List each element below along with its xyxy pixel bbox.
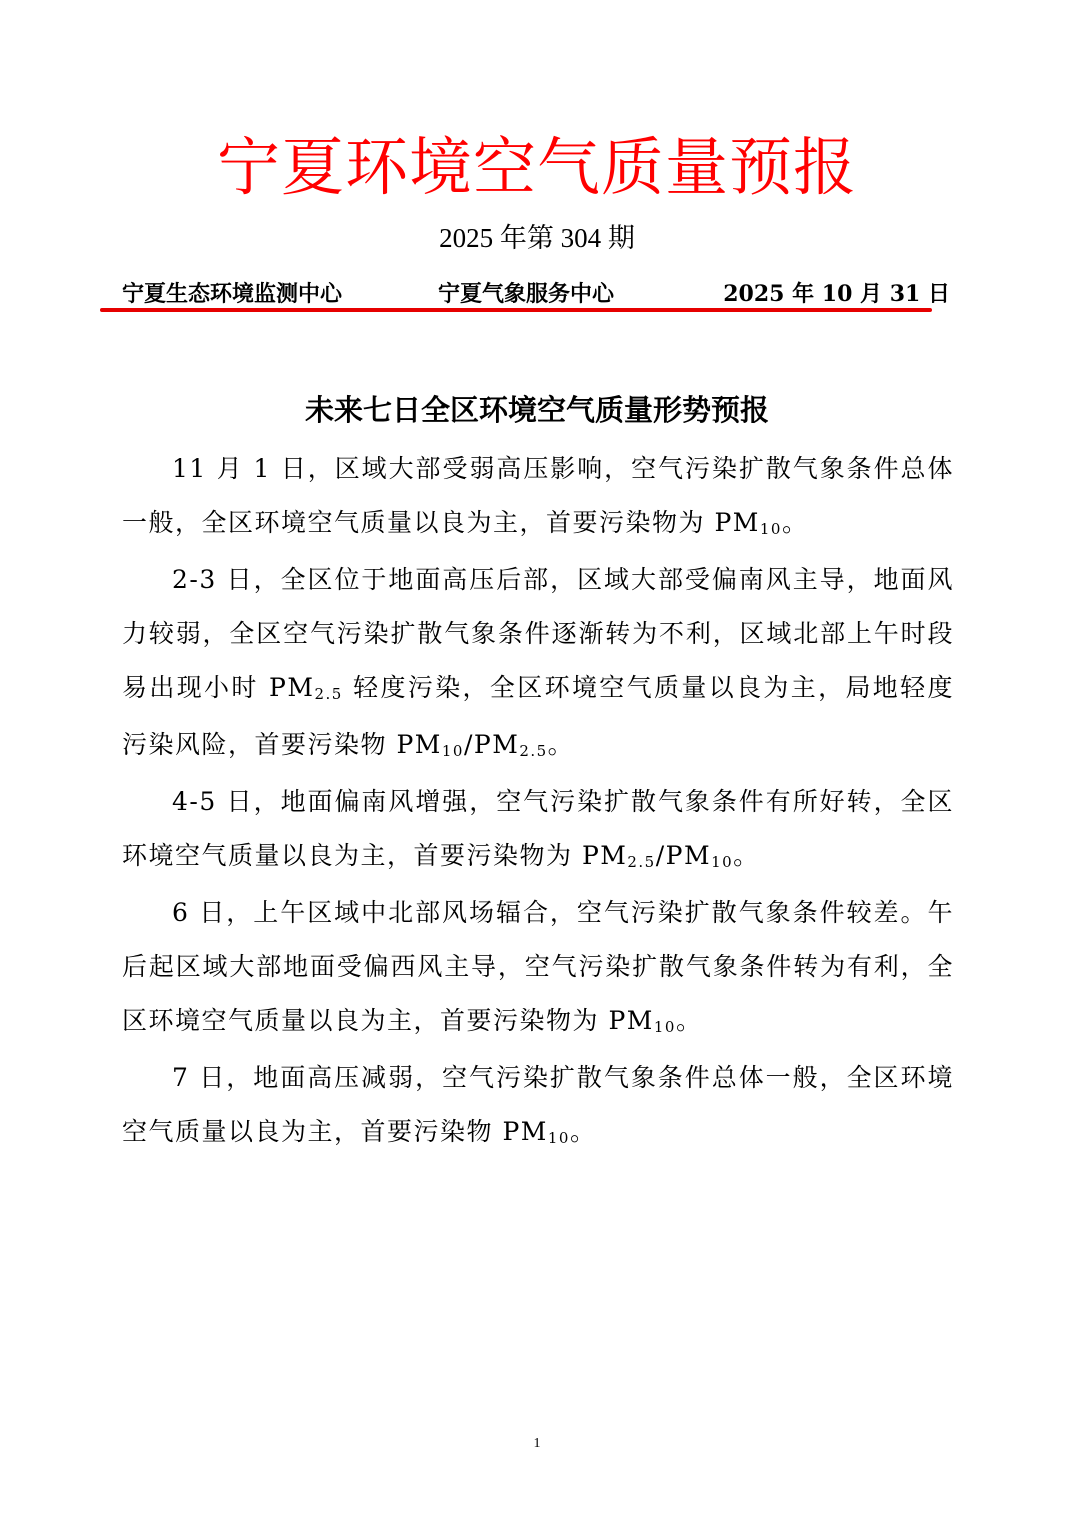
subscript: 10 (711, 853, 733, 871)
forecast-paragraph-day6: 6 日，上午区域中北部风场辐合，空气污染扩散气象条件较差。午后起区域大部地面受偏… (122, 886, 954, 1051)
publish-date: 2025 年 10 月 31 日 (723, 276, 950, 312)
publisher-info-bar: 宁夏生态环境监测中心 宁夏气象服务中心 2025 年 10 月 31 日 (122, 276, 950, 312)
subscript: 10 (760, 520, 782, 538)
paragraph-text: 11 月 1 日，区域大部受弱高压影响，空气污染扩散气象条件总体一般，全区环境空… (122, 454, 954, 537)
paragraph-tail: 。 (733, 841, 760, 870)
paragraph-tail: 。 (548, 730, 575, 759)
subscript: 2.5 (627, 853, 655, 871)
document-masthead-title: 宁夏环境空气质量预报 (0, 128, 1074, 208)
subscript: 2.5 (314, 685, 342, 703)
subscript: 10 (654, 1018, 676, 1036)
forecast-paragraph-day4-5: 4-5 日，地面偏南风增强，空气污染扩散气象条件有所好转，全区环境空气质量以良为… (122, 775, 954, 886)
page-number: 1 (0, 1436, 1074, 1452)
paragraph-text: /PM (464, 730, 519, 759)
paragraph-tail: 。 (676, 1006, 703, 1035)
red-divider-rule (100, 308, 932, 312)
publisher-ecology-center: 宁夏生态环境监测中心 (122, 276, 342, 312)
subscript: 10 (442, 742, 464, 760)
publisher-meteorology-center: 宁夏气象服务中心 (438, 276, 614, 312)
section-title: 未来七日全区环境空气质量形势预报 (0, 388, 1074, 432)
forecast-paragraph-day7: 7 日，地面高压减弱，空气污染扩散气象条件总体一般，全区环境空气质量以良为主，首… (122, 1051, 954, 1162)
issue-number: 2025 年第 304 期 (0, 218, 1074, 258)
forecast-body: 11 月 1 日，区域大部受弱高压影响，空气污染扩散气象条件总体一般，全区环境空… (122, 442, 954, 1162)
paragraph-tail: 。 (570, 1117, 597, 1146)
paragraph-text: /PM (656, 841, 711, 870)
forecast-paragraph-day2-3: 2-3 日，全区位于地面高压后部，区域大部受偏南风主导，地面风力较弱，全区空气污… (122, 553, 954, 775)
subscript: 10 (548, 1129, 570, 1147)
paragraph-text: 4-5 日，地面偏南风增强，空气污染扩散气象条件有所好转，全区环境空气质量以良为… (122, 787, 954, 870)
subscript: 2.5 (519, 742, 547, 760)
paragraph-text: 6 日，上午区域中北部风场辐合，空气污染扩散气象条件较差。午后起区域大部地面受偏… (122, 898, 954, 1035)
forecast-paragraph-day1: 11 月 1 日，区域大部受弱高压影响，空气污染扩散气象条件总体一般，全区环境空… (122, 442, 954, 553)
paragraph-tail: 。 (782, 508, 809, 537)
paragraph-text: 7 日，地面高压减弱，空气污染扩散气象条件总体一般，全区环境空气质量以良为主，首… (122, 1063, 954, 1146)
